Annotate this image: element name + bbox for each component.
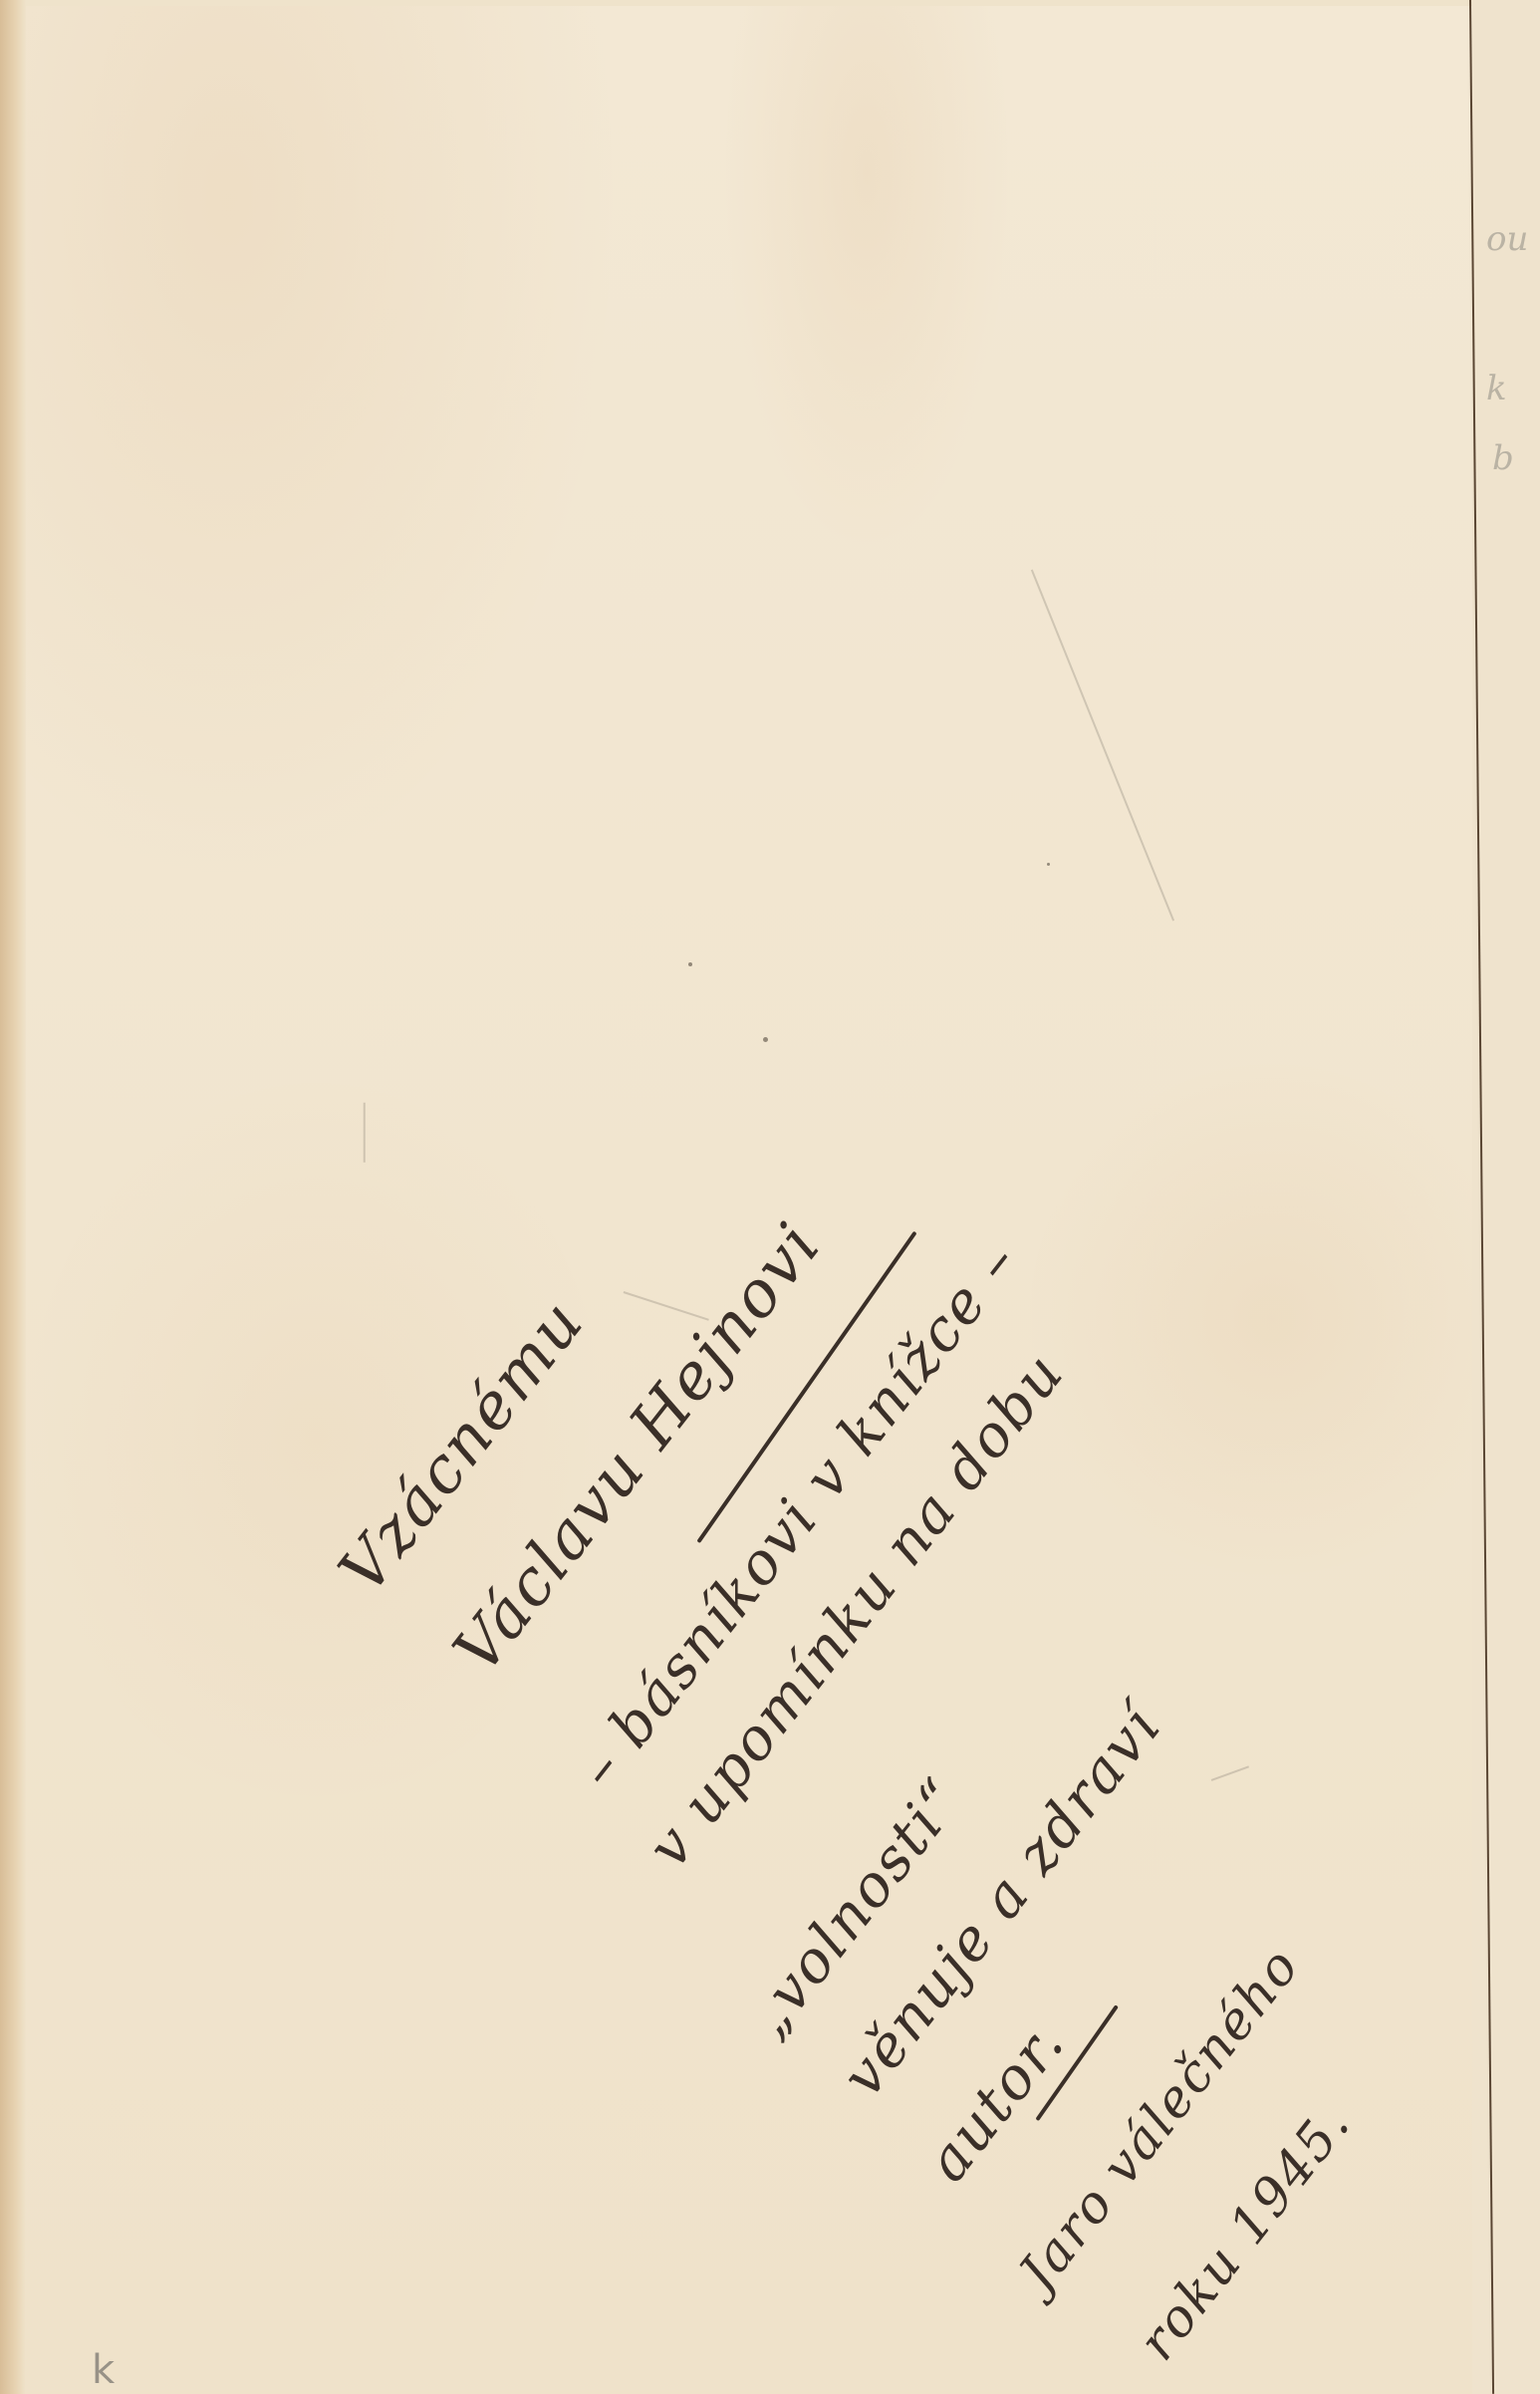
scanned-page: Vzácnému Václavu Hejnovi – básníkovi v k… — [0, 0, 1540, 2394]
paper-speck — [688, 962, 692, 966]
paper-speck — [763, 1037, 768, 1042]
pencil-mark-adjacent: b — [1492, 438, 1514, 478]
paper-speck — [1047, 863, 1050, 866]
book-binding-edge — [0, 0, 26, 2394]
pencil-mark-bottom-left: k — [92, 2347, 115, 2393]
paper-scratch — [1031, 569, 1174, 921]
flyleaf-page: Vzácnému Václavu Hejnovi – básníkovi v k… — [26, 6, 1475, 2394]
paper-scratch — [364, 1103, 366, 1163]
pencil-mark-adjacent: ou — [1486, 219, 1528, 259]
pencil-mark-adjacent: k — [1486, 369, 1507, 408]
paper-scratch — [1211, 1765, 1249, 1780]
